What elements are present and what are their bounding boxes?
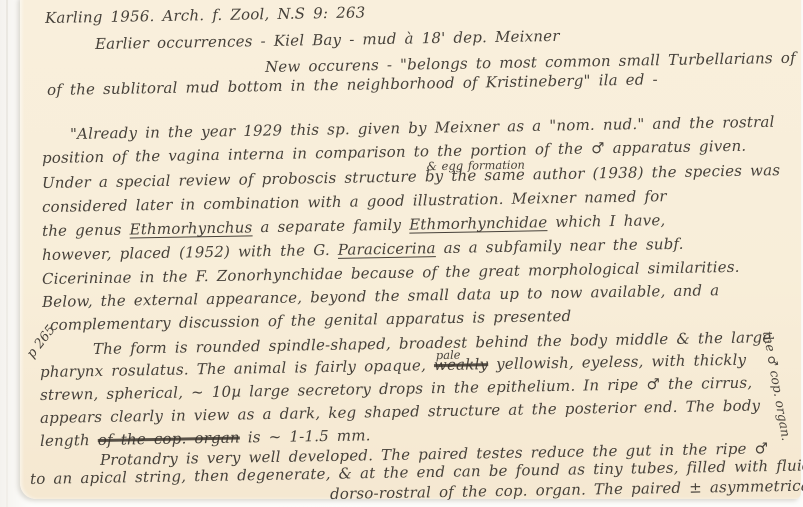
text-segment: however, placed (1952) with the G. <box>42 241 338 264</box>
text-segment: Under a special review of proboscis stru… <box>42 167 425 192</box>
handwriting-layer: Karling 1956. Arch. f. Zool, N.S 9: 263E… <box>0 0 803 507</box>
text-segment: of the sublitoral mud bottom in the neig… <box>47 70 658 99</box>
text-segment: yellowish, eyeless, with thickly <box>488 351 746 374</box>
text-segment: a separate family <box>252 216 409 237</box>
segment-u: Ethmorhynchidae <box>409 213 547 233</box>
text-segment: which I have, <box>547 211 665 231</box>
text-segment: Earlier occurrences - Kiel Bay - mud à 1… <box>95 27 560 53</box>
text-segment: complementary discussion of the genital … <box>50 307 572 334</box>
handwriting-line-4: of the sublitoral mud bottom in the neig… <box>47 69 658 100</box>
handwriting-line-1: Karling 1956. Arch. f. Zool, N.S 9: 263 <box>45 2 366 28</box>
text-segment: as a subfamily near the subf. <box>436 235 684 257</box>
segment-strike: of the cop. organ <box>98 429 240 449</box>
text-segment: length <box>40 431 98 450</box>
handwriting-line-2: Earlier occurrences - Kiel Bay - mud à 1… <box>95 26 560 54</box>
text-segment: is ~ 1-1.5 mm. <box>240 426 371 446</box>
text-segment: Karling 1956. Arch. f. Zool, N.S 9: 263 <box>45 3 366 27</box>
text-segment: the genus <box>42 220 130 240</box>
segment-u: Paracicerina <box>338 239 436 259</box>
segment-u: Ethmorhynchus <box>129 218 252 238</box>
text-segment: pharynx rosulatus. The animal is fairly … <box>40 356 434 381</box>
scan-background: Karling 1956. Arch. f. Zool, N.S 9: 263E… <box>0 0 803 507</box>
